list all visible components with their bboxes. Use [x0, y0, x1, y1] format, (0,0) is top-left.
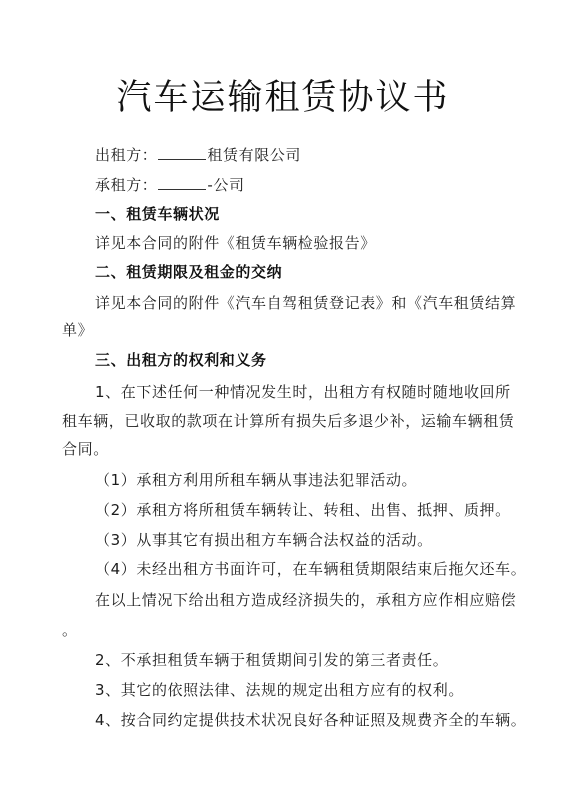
document-title: 汽车运输租赁协议书	[0, 76, 566, 120]
clause-1-item-1: （1）承租方利用所租车辆从事违法犯罪活动。	[95, 470, 417, 490]
clause-1-line-2: 租车辆，已收取的款项在计算所有损失后多退少补，运输车辆租赁	[62, 411, 514, 431]
clause-4: 4、按合同约定提供技术状况良好各种证照及规费齐全的车辆。	[95, 710, 526, 730]
compensation-line-2: 。	[62, 620, 78, 640]
lessee-name-blank[interactable]	[158, 176, 206, 190]
section-3-heading: 三、出租方的权利和义务	[95, 350, 267, 370]
clause-1-line-1: 1、在下述任何一种情况发生时，出租方有权随时随地收回所	[95, 382, 511, 402]
lessor-line: 出租方：租赁有限公司	[95, 145, 301, 165]
clause-1-item-4: （4）未经出租方书面许可，在车辆租赁期限结束后拖欠还车。	[95, 559, 526, 579]
compensation-line-1: 在以上情况下给出租方造成经济损失的，承租方应作相应赔偿	[95, 590, 516, 610]
clause-1-item-2: （2）承租方将所租赁车辆转让、转租、出售、抵押、质押。	[95, 500, 511, 520]
section-1-body: 详见本合同的附件《租赁车辆检验报告》	[95, 233, 376, 253]
lessor-suffix: 租赁有限公司	[207, 146, 301, 164]
section-1-heading: 一、租赁车辆状况	[95, 204, 220, 224]
section-2-body-line-2: 单》	[62, 320, 93, 340]
lessee-label: 承租方：	[95, 176, 157, 194]
document-page: 汽车运输租赁协议书 出租方：租赁有限公司 承租方：-公司 一、租赁车辆状况 详见…	[0, 0, 566, 800]
lessor-label: 出租方：	[95, 146, 157, 164]
lessee-suffix: -公司	[207, 176, 244, 194]
lessor-name-blank[interactable]	[158, 146, 206, 160]
lessee-line: 承租方：-公司	[95, 175, 245, 195]
clause-3: 3、其它的依照法律、法规的规定出租方应有的权利。	[95, 680, 464, 700]
clause-1-line-3: 合同。	[62, 439, 109, 459]
clause-2: 2、不承担租赁车辆于租赁期间引发的第三者责任。	[95, 650, 448, 670]
section-2-body-line-1: 详见本合同的附件《汽车自驾租赁登记表》和《汽车租赁结算	[95, 293, 516, 313]
section-2-heading: 二、租赁期限及租金的交纳	[95, 262, 282, 282]
clause-1-item-3: （3）从事其它有损出租方车辆合法权益的活动。	[95, 530, 433, 550]
